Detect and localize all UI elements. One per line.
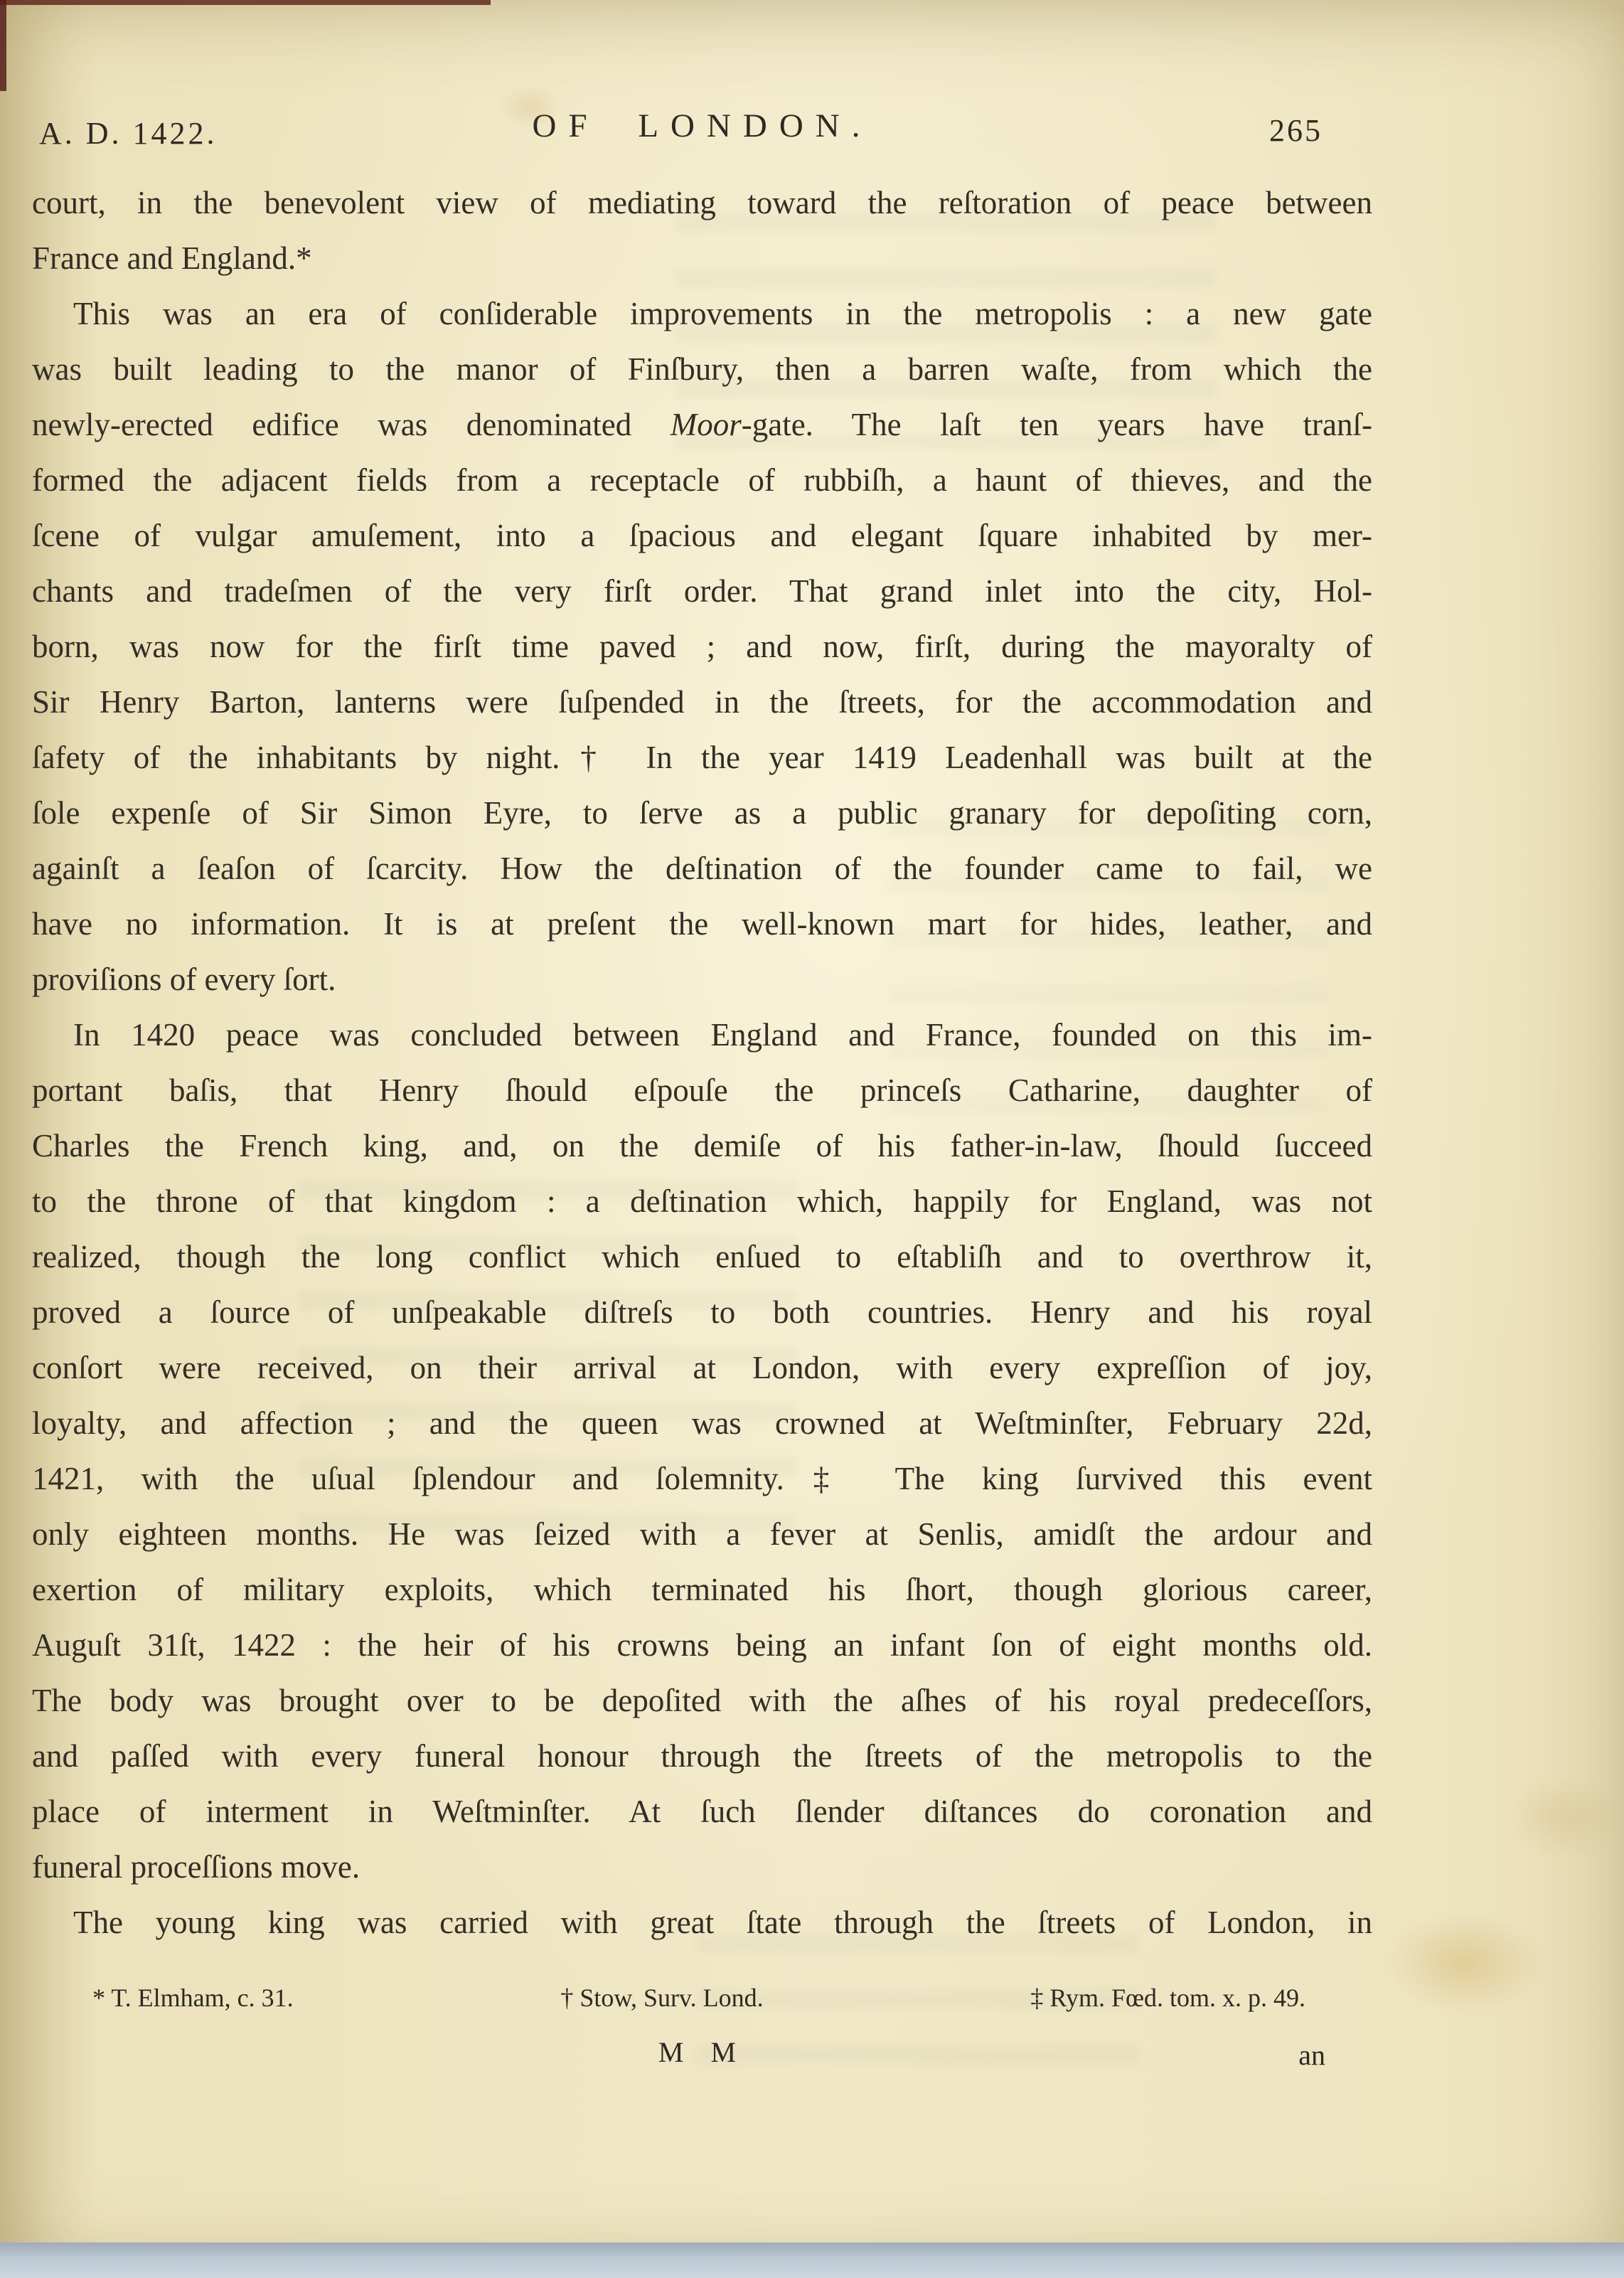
signature-mark: M M [658,2035,746,2069]
header-date: A. D. 1422. [39,115,218,151]
text-line: 1421, with the uſual ſplendour and ſolem… [32,1451,1372,1506]
text-line: France and England.* [32,230,1372,286]
catchword: an [1298,2038,1325,2072]
text-line: place of interment in Weſtminſter. At ſu… [32,1784,1372,1839]
text-line: ſafety of the inhabitants by night.† In … [32,730,1372,785]
footnote-rymer: ‡ Rym. Fœd. tom. x. p. 49. [1030,1983,1305,2013]
text-line: Charles the French king, and, on the dem… [32,1118,1372,1173]
book-page: A. D. 1422. OF LONDON. 265 court, in the… [0,0,1624,2278]
text-line: againſt a ſeaſon of ſcarcity. How the de… [32,841,1372,896]
signature-row: M M an [32,2035,1372,2078]
text-line: exertion of military exploits, which ter… [32,1562,1372,1617]
text-line: The young king was carried with great ſt… [32,1895,1372,1950]
text-line: and paſſed with every funeral honour thr… [32,1728,1372,1784]
text-line: conſort were received, on their arrival … [32,1340,1372,1395]
text-line: realized, though the long conflict which… [32,1229,1372,1284]
text-line: The body was brought over to be depoſite… [32,1673,1372,1728]
text-line: ſcene of vulgar amuſement, into a ſpacio… [32,508,1372,563]
scan-edge-top [0,0,491,5]
text-line: born, was now for the firſt time paved ;… [32,619,1372,674]
text-line: was built leading to the manor of Finſbu… [32,341,1372,397]
text-line: newly-erected edifice was denominated Mo… [32,397,1372,452]
text-line: loyalty, and affection ; and the queen w… [32,1395,1372,1451]
text-line: ſole expenſe of Sir Simon Eyre, to ſerve… [32,785,1372,841]
text-line: This was an era of conſiderable improvem… [32,286,1372,341]
text-line: have no information. It is at preſent th… [32,896,1372,952]
text-line: only eighteen months. He was ſeized with… [32,1506,1372,1562]
text-line: portant baſis, that Henry ſhould eſpouſe… [32,1063,1372,1118]
text-line: proviſions of every ſort. [32,952,1372,1007]
footnote-elmham: * T. Elmham, c. 31. [92,1983,294,2013]
header-page-number: 265 [1269,112,1323,149]
page-body: court, in the benevolent view of mediati… [32,175,1372,1950]
paper-stain [1507,1778,1621,1856]
italic-text-segment: Moor [671,407,742,442]
text-line: chants and tradeſmen of the very firſt o… [32,563,1372,619]
running-header: A. D. 1422. OF LONDON. 265 [32,107,1372,156]
footnotes: * T. Elmham, c. 31. † Stow, Surv. Lond. … [92,1983,1305,2013]
text-segment: newly-erected edifice was denominated [32,407,671,442]
text-line: formed the adjacent fields from a recept… [32,452,1372,508]
text-line: In 1420 peace was concluded between Engl… [32,1007,1372,1063]
footnote-stow: † Stow, Surv. Lond. [560,1983,763,2013]
header-title: OF LONDON. [533,107,872,145]
text-segment: -gate. The laſt ten years have tranſ- [742,407,1372,442]
text-line: court, in the benevolent view of mediati… [32,175,1372,230]
text-line: funeral proceſſions move. [32,1839,1372,1895]
text-line: Sir Henry Barton, lanterns were ſuſpende… [32,674,1372,730]
text-line: to the throne of that kingdom : a deſtin… [32,1173,1372,1229]
text-line: Auguſt 31ſt, 1422 : the heir of his crow… [32,1617,1372,1673]
paper-stain [1387,1913,1543,2013]
text-line: proved a ſource of unſpeakable diſtreſs … [32,1284,1372,1340]
scan-edge-bottom [0,2242,1624,2278]
scan-edge-left [0,0,6,91]
